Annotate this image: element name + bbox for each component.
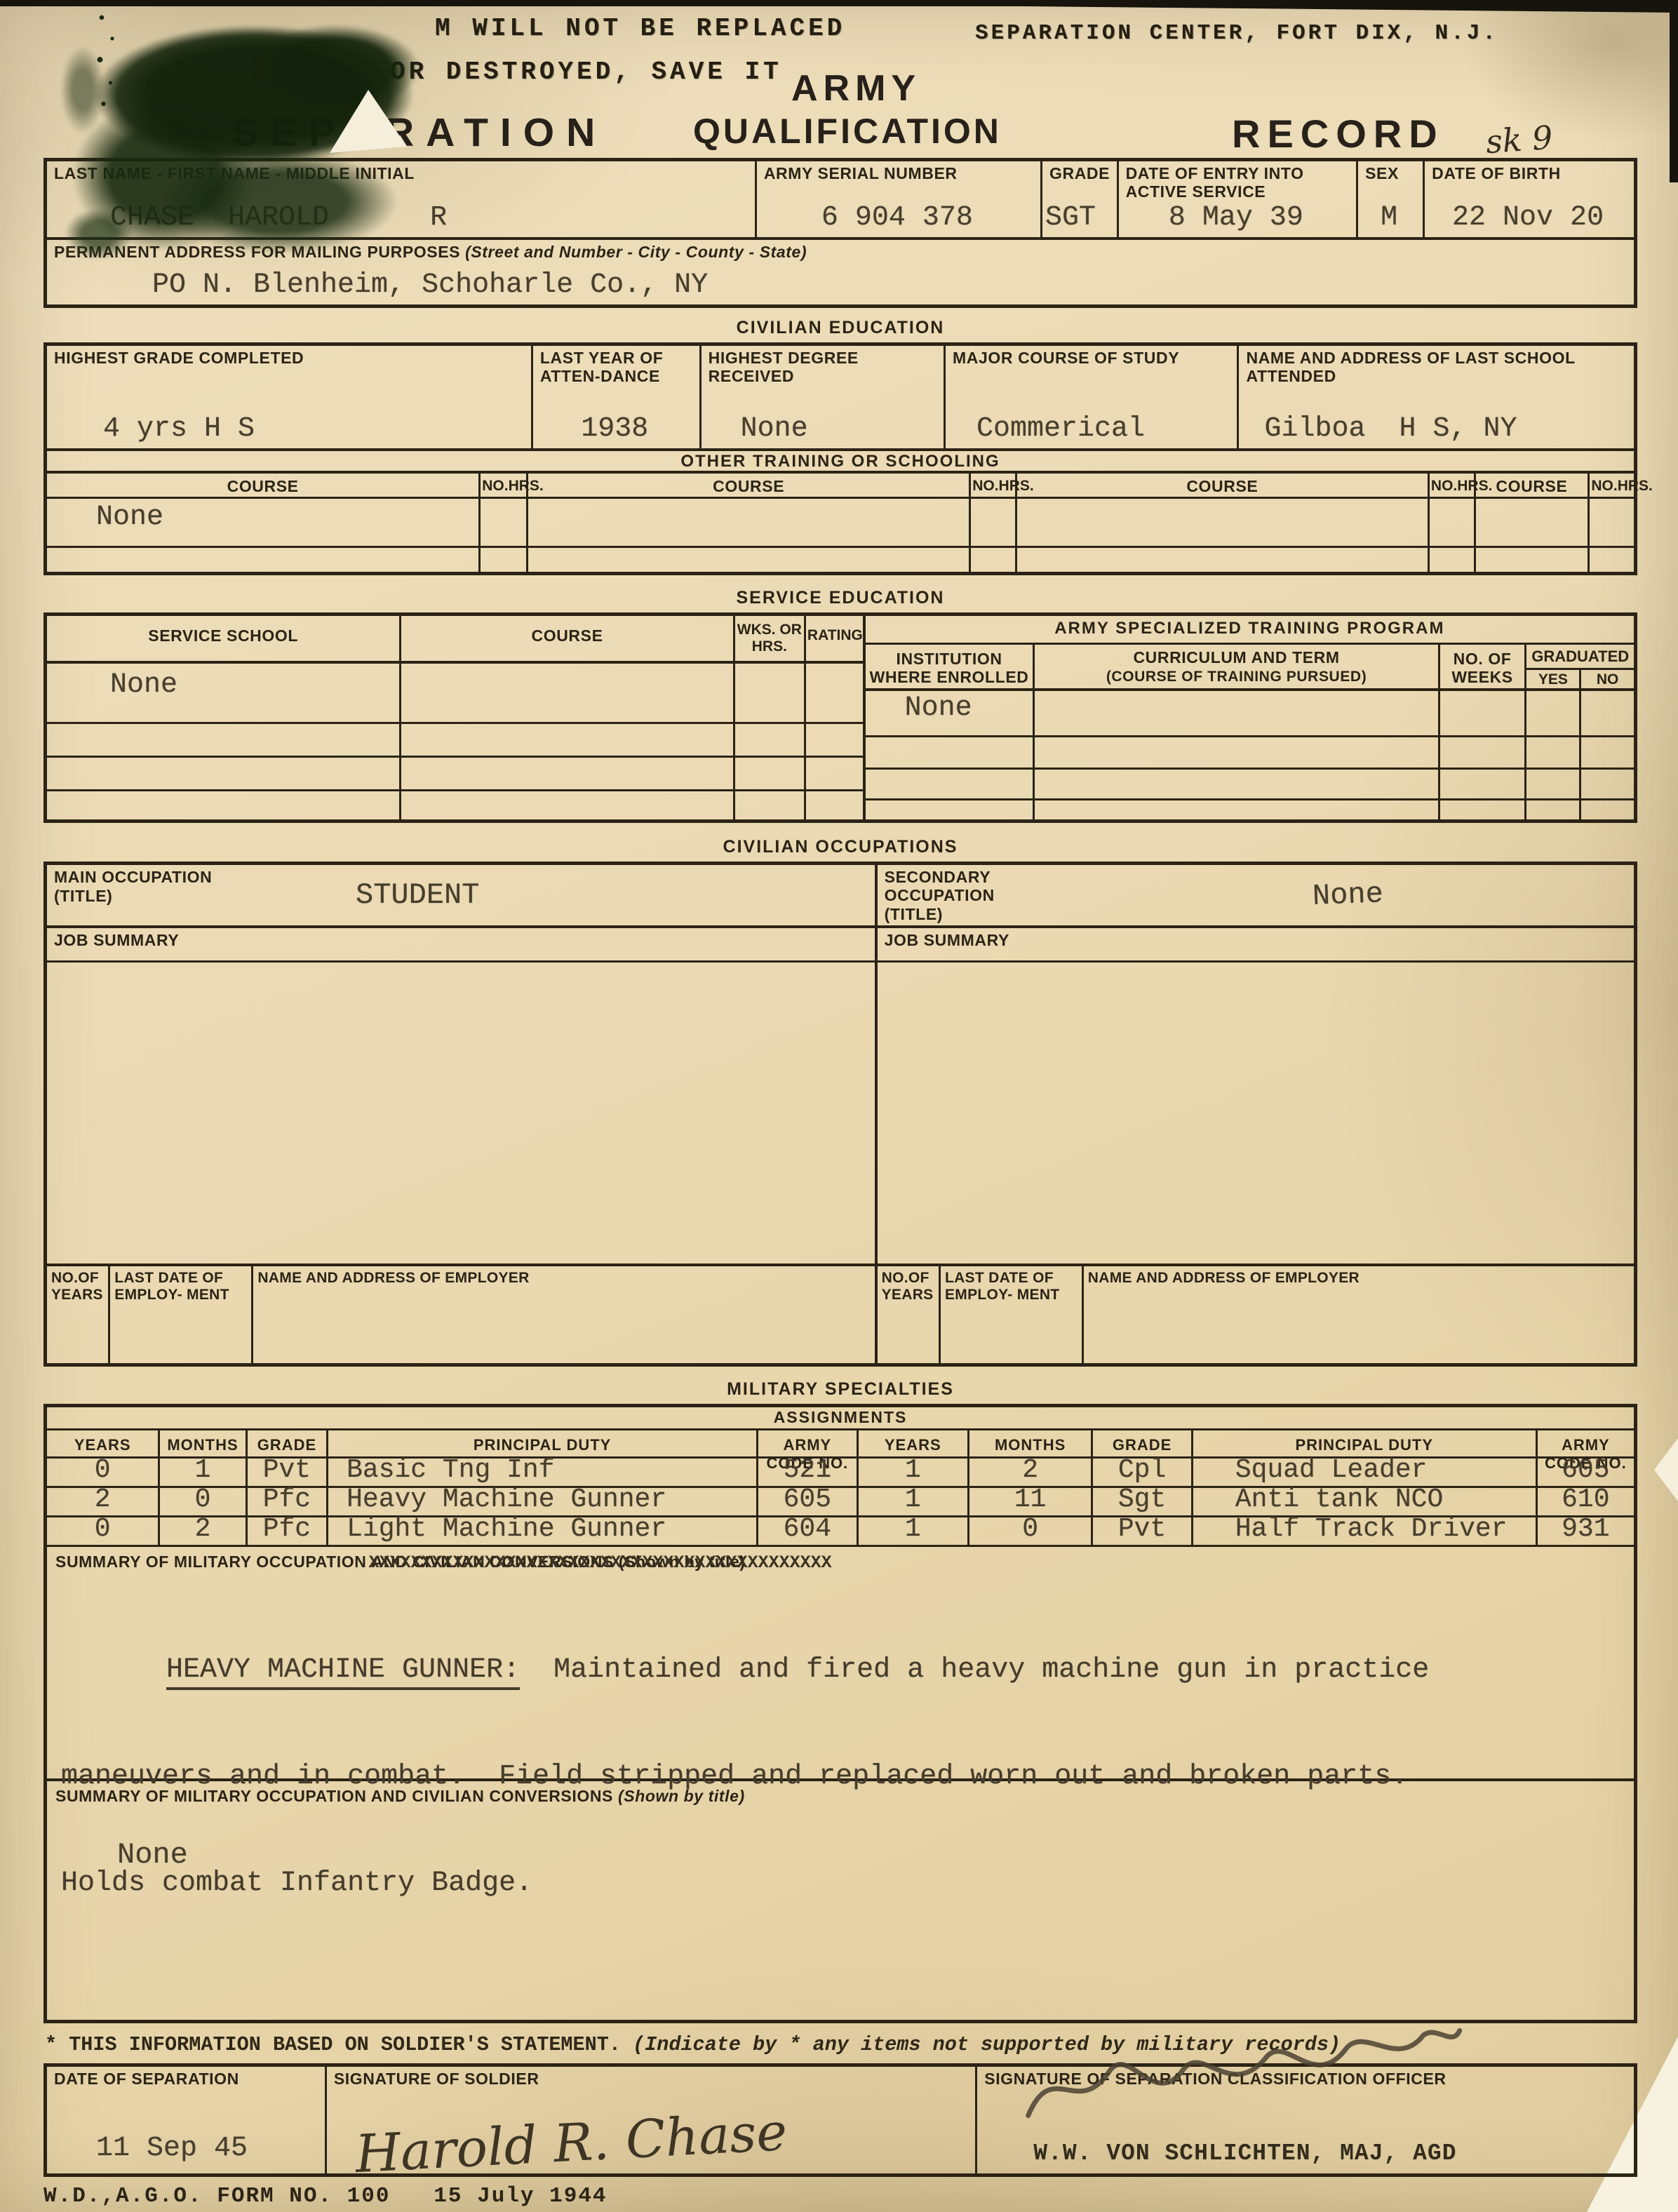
job-summary-row: JOB SUMMARY bbox=[878, 928, 1634, 963]
field-officer-signature: SIGNATURE OF SEPARATION CLASSIFICATION O… bbox=[975, 2067, 1634, 2173]
institution-cell: None bbox=[866, 691, 1033, 735]
last-year-label: LAST YEAR OF ATTEN-DANCE bbox=[533, 346, 699, 386]
years-cell: 1 bbox=[857, 1517, 967, 1545]
military-summary-section: SUMMARY OF MILITARY OCCUPATION AND CIVIL… bbox=[47, 1547, 1634, 1781]
employment-date-cell: LAST DATE OF EMPLOY- MENT bbox=[939, 1266, 1082, 1363]
job-summary-row: JOB SUMMARY bbox=[47, 928, 875, 963]
months-cell: 2 bbox=[158, 1517, 245, 1545]
years-cell: 1 bbox=[857, 1488, 967, 1515]
grade-cell: Pvt bbox=[246, 1459, 326, 1486]
service-school-col: SERVICE SCHOOL bbox=[47, 616, 399, 661]
code-cell: 605 bbox=[1536, 1459, 1634, 1486]
course-cell bbox=[1474, 499, 1588, 546]
field-serial-number: ARMY SERIAL NUMBER 6 904 378 bbox=[755, 161, 1040, 237]
grade-header: GRADE bbox=[1091, 1430, 1191, 1456]
address-label-paren: (Street and Number - City - County - Sta… bbox=[465, 243, 807, 261]
field-address: PERMANENT ADDRESS FOR MAILING PURPOSES (… bbox=[47, 240, 1634, 304]
months-header: MONTHS bbox=[158, 1430, 245, 1456]
highest-degree-label: HIGHEST DEGREE RECEIVED bbox=[702, 346, 944, 386]
secondary-occupation-half: SECONDARY OCCUPATION (TITLE) None JOB SU… bbox=[875, 865, 1634, 1363]
summary1-heading: HEAVY MACHINE GUNNER: bbox=[166, 1654, 520, 1690]
course-header-3: COURSE bbox=[1015, 474, 1428, 497]
graduated-col: GRADUATED YES NO bbox=[1524, 645, 1634, 688]
name-label: LAST NAME - FIRST NAME - MIDDLE INITIAL bbox=[47, 161, 755, 183]
hours-cell bbox=[1428, 548, 1474, 572]
stamp-separation-center: SEPARATION CENTER, FORT DIX, N.J. bbox=[975, 21, 1498, 46]
duty-cell: Squad Leader bbox=[1191, 1459, 1536, 1486]
employer-cell: NAME AND ADDRESS OF EMPLOYER bbox=[251, 1266, 874, 1363]
curriculum-header: CURRICULUM AND TERM bbox=[1035, 645, 1437, 667]
entry-label: DATE OF ENTRY INTO ACTIVE SERVICE bbox=[1119, 161, 1357, 201]
institution-value: None bbox=[866, 691, 1033, 728]
birth-value: 22 Nov 20 bbox=[1425, 203, 1634, 237]
astp-title: ARMY SPECIALIZED TRAINING PROGRAM bbox=[866, 616, 1634, 645]
service-education-box: SERVICE SCHOOL COURSE WKS. OR HRS. RATIN… bbox=[43, 612, 1637, 823]
weeks-cell bbox=[1438, 737, 1525, 768]
course-cell bbox=[399, 664, 733, 722]
other-training-row-2 bbox=[47, 548, 1634, 572]
major-label: MAJOR COURSE OF STUDY bbox=[946, 346, 1237, 368]
service-school-header: SERVICE SCHOOL COURSE WKS. OR HRS. RATIN… bbox=[47, 616, 863, 664]
weeks-cell bbox=[733, 791, 804, 819]
summary1-paragraph: HEAVY MACHINE GUNNER: Maintained and fir… bbox=[47, 1571, 1634, 1973]
weeks-cell bbox=[1438, 691, 1525, 735]
graduated-cell bbox=[1524, 691, 1634, 735]
form-number-footer: W.D.,A.G.O. FORM NO. 100 15 July 1944 bbox=[43, 2184, 1637, 2208]
highest-grade-label: HIGHEST GRADE COMPLETED bbox=[47, 346, 531, 368]
graduated-yes-no: YES NO bbox=[1526, 668, 1634, 688]
months-cell: 11 bbox=[967, 1488, 1091, 1515]
officer-typed-name: W.W. VON SCHLICHTEN, MAJ, AGD bbox=[977, 2140, 1634, 2173]
civilian-occupations-box: MAIN OCCUPATION (TITLE) STUDENT JOB SUMM… bbox=[43, 862, 1637, 1367]
course-col: COURSE bbox=[399, 616, 733, 661]
course-header-2: COURSE bbox=[526, 474, 969, 497]
field-last-year: LAST YEAR OF ATTEN-DANCE 1938 bbox=[531, 346, 699, 448]
grade-label: GRADE bbox=[1042, 161, 1117, 183]
secondary-occupation-value: None bbox=[1312, 877, 1383, 913]
weeks-cell bbox=[733, 664, 804, 722]
service-row-3 bbox=[47, 758, 863, 791]
assignment-row-3: 0 2 Pfc Light Machine Gunner 604 1 0 Pvt… bbox=[47, 1517, 1634, 1547]
school-value: Gilboa H S, NY bbox=[1239, 415, 1634, 448]
job-summary-space bbox=[878, 963, 1634, 1263]
typed-x-strikeout: XXXXXXXXXXXXXXXXXXXXXXXXXXXXXXXXXXXXXXXX… bbox=[368, 1553, 831, 1573]
service-school-cell: None bbox=[47, 664, 399, 722]
identity-box: LAST NAME - FIRST NAME - MIDDLE INITIAL … bbox=[43, 158, 1637, 308]
employer-cell: NAME AND ADDRESS OF EMPLOYER bbox=[1082, 1266, 1634, 1363]
title-separation: SEPARATION bbox=[231, 109, 607, 156]
other-training-row-1: None bbox=[47, 499, 1634, 548]
field-highest-degree: HIGHEST DEGREE RECEIVED None bbox=[699, 346, 944, 448]
struck-label: AND CIVILIAN CONVERSIONS (Shown by title… bbox=[371, 1553, 745, 1571]
field-major-course: MAJOR COURSE OF STUDY Commerical bbox=[944, 346, 1237, 448]
handwritten-mark: sk 9 bbox=[1484, 119, 1554, 161]
title-qualification: QUALIFICATION bbox=[693, 111, 1002, 152]
sex-value: M bbox=[1358, 203, 1423, 237]
astp-header: INSTITUTION WHERE ENROLLED CURRICULUM AN… bbox=[866, 645, 1634, 691]
astp-row-2 bbox=[866, 737, 1634, 770]
grade-cell: Pfc bbox=[246, 1517, 326, 1545]
scan-edge-top-right bbox=[961, 0, 1678, 13]
soldier-signature: Harold R. Chase bbox=[325, 2089, 976, 2190]
service-row-2 bbox=[47, 724, 863, 758]
rating-cell bbox=[804, 791, 863, 819]
code-cell: 521 bbox=[756, 1459, 857, 1486]
course-header-4: COURSE bbox=[1474, 474, 1588, 497]
curriculum-col: CURRICULUM AND TERM (COURSE OF TRAINING … bbox=[1033, 645, 1437, 688]
astp-row-3 bbox=[866, 770, 1634, 800]
no-header: NO bbox=[1579, 670, 1634, 688]
course-cell: None bbox=[47, 499, 478, 546]
institution-cell bbox=[866, 770, 1033, 798]
code-cell: 931 bbox=[1536, 1517, 1634, 1545]
field-birth-date: DATE OF BIRTH 22 Nov 20 bbox=[1423, 161, 1634, 237]
course-header-1: COURSE bbox=[47, 474, 478, 497]
hours-cell bbox=[1588, 499, 1634, 546]
duty-cell: Anti tank NCO bbox=[1191, 1488, 1536, 1515]
duty-cell: Basic Tng Inf bbox=[326, 1459, 756, 1486]
duty-cell: Heavy Machine Gunner bbox=[326, 1488, 756, 1515]
service-row-1: None bbox=[47, 664, 863, 724]
address-value: PO N. Blenheim, Schoharle Co., NY bbox=[47, 271, 1634, 304]
years-cell: 1 bbox=[857, 1459, 967, 1486]
field-separation-date: DATE OF SEPARATION 11 Sep 45 bbox=[47, 2067, 325, 2173]
years-cell: NO.OF YEARS bbox=[47, 1266, 108, 1363]
main-occupation-label-block: MAIN OCCUPATION (TITLE) bbox=[47, 865, 236, 925]
job-summary-space bbox=[47, 963, 875, 1263]
summary1-label: SUMMARY OF MILITARY OCCUPATION AND CIVIL… bbox=[47, 1547, 1634, 1571]
hours-header-2: NO.HRS. bbox=[969, 474, 1015, 497]
course-cell bbox=[526, 499, 969, 546]
military-specialties-box: ASSIGNMENTS YEARS MONTHS GRADE PRINCIPAL… bbox=[43, 1404, 1637, 2023]
curriculum-cell bbox=[1033, 691, 1437, 735]
form-body: LAST NAME - FIRST NAME - MIDDLE INITIAL … bbox=[43, 158, 1637, 2208]
code-header: ARMY CODE NO. bbox=[1536, 1430, 1634, 1456]
civilian-education-box: HIGHEST GRADE COMPLETED 4 yrs H S LAST Y… bbox=[43, 342, 1637, 575]
months-header: MONTHS bbox=[967, 1430, 1091, 1456]
course-cell bbox=[1015, 499, 1428, 546]
title-record: RECORD bbox=[1232, 111, 1444, 156]
serial-value: 6 904 378 bbox=[757, 203, 1040, 237]
employer-row: NO.OF YEARS LAST DATE OF EMPLOY- MENT NA… bbox=[878, 1263, 1634, 1363]
employment-date-cell: LAST DATE OF EMPLOY- MENT bbox=[108, 1266, 251, 1363]
duty-header: PRINCIPAL DUTY bbox=[326, 1430, 756, 1456]
weeks-cell bbox=[733, 758, 804, 789]
major-value: Commerical bbox=[946, 415, 1237, 448]
grade-cell: Sgt bbox=[1091, 1488, 1191, 1515]
hours-header-4: NO.HRS. bbox=[1588, 474, 1634, 497]
education-row: HIGHEST GRADE COMPLETED 4 yrs H S LAST Y… bbox=[47, 346, 1634, 451]
hours-cell bbox=[478, 548, 526, 572]
form-revision-date: 15 July 1944 bbox=[434, 2184, 607, 2208]
summary1-line2: maneuvers and in combat. Field stripped … bbox=[61, 1759, 1620, 1795]
field-name: LAST NAME - FIRST NAME - MIDDLE INITIAL … bbox=[47, 161, 755, 237]
graduated-cell bbox=[1524, 800, 1634, 819]
weeks-cell bbox=[733, 724, 804, 756]
secondary-occupation-label-block: SECONDARY OCCUPATION (TITLE) bbox=[878, 865, 1109, 925]
service-school-table: SERVICE SCHOOL COURSE WKS. OR HRS. RATIN… bbox=[47, 616, 863, 819]
field-soldier-signature: SIGNATURE OF SOLDIER Harold R. Chase bbox=[325, 2067, 975, 2173]
scan-edge-right bbox=[1670, 0, 1678, 182]
grade-cell: Pfc bbox=[246, 1488, 326, 1515]
months-cell: 1 bbox=[158, 1459, 245, 1486]
months-cell: 0 bbox=[158, 1488, 245, 1515]
grade-cell: Cpl bbox=[1091, 1459, 1191, 1486]
months-cell: 0 bbox=[967, 1517, 1091, 1545]
course-cell bbox=[1015, 548, 1428, 572]
course-cell bbox=[399, 724, 733, 756]
curriculum-cell bbox=[1033, 770, 1437, 798]
section-civilian-occupations: CIVILIAN OCCUPATIONS bbox=[43, 837, 1637, 857]
grade-value: SGT bbox=[1042, 203, 1117, 237]
stamp-not-replaced-line1: M WILL NOT BE REPLACED bbox=[435, 14, 845, 43]
address-row: PERMANENT ADDRESS FOR MAILING PURPOSES (… bbox=[47, 240, 1634, 304]
school-label: NAME AND ADDRESS OF LAST SCHOOL ATTENDED bbox=[1239, 346, 1634, 386]
code-cell: 605 bbox=[756, 1488, 857, 1515]
curriculum-subheader: (COURSE OF TRAINING PURSUED) bbox=[1035, 667, 1437, 685]
yes-header: YES bbox=[1526, 670, 1579, 688]
graduated-cell bbox=[1524, 770, 1634, 798]
course-value: None bbox=[47, 499, 478, 537]
assignments-header: YEARS MONTHS GRADE PRINCIPAL DUTY ARMY C… bbox=[47, 1430, 1634, 1459]
field-entry-date: DATE OF ENTRY INTO ACTIVE SERVICE 8 May … bbox=[1117, 161, 1357, 237]
weeks-hours-col: WKS. OR HRS. bbox=[733, 616, 804, 661]
main-occupation-title-paren: (TITLE) bbox=[47, 887, 236, 906]
hours-cell bbox=[1588, 548, 1634, 572]
code-cell: 610 bbox=[1536, 1488, 1634, 1515]
astp-row-1: None bbox=[866, 691, 1634, 737]
sex-label: SEX bbox=[1358, 161, 1423, 183]
grade-cell: Pvt bbox=[1091, 1517, 1191, 1545]
serial-label: ARMY SERIAL NUMBER bbox=[757, 161, 1040, 183]
service-school-cell bbox=[47, 724, 399, 756]
service-school-cell bbox=[47, 791, 399, 819]
main-occupation-title-row: MAIN OCCUPATION (TITLE) STUDENT bbox=[47, 865, 875, 928]
weeks-cell bbox=[1438, 800, 1525, 819]
course-cell bbox=[1474, 548, 1588, 572]
highest-grade-value: 4 yrs H S bbox=[47, 415, 531, 448]
years-header: YEARS bbox=[47, 1430, 158, 1456]
employer-row: NO.OF YEARS LAST DATE OF EMPLOY- MENT NA… bbox=[47, 1263, 875, 1363]
graduated-cell bbox=[1524, 737, 1634, 768]
name-value: CHASE HAROLD R bbox=[47, 203, 755, 237]
paper-tear-right-edge bbox=[1654, 1438, 1678, 1501]
scanned-form-page: M WILL NOT BE REPLACED OR DESTROYED, SAV… bbox=[0, 0, 1678, 2212]
section-military-specialties: MILITARY SPECIALTIES bbox=[43, 1379, 1637, 1400]
curriculum-cell bbox=[1033, 737, 1437, 768]
other-training-header: COURSE NO.HRS. COURSE NO.HRS. COURSE NO.… bbox=[47, 474, 1634, 499]
grade-header: GRADE bbox=[246, 1430, 326, 1456]
hours-header-1: NO.HRS. bbox=[478, 474, 526, 497]
course-cell bbox=[526, 548, 969, 572]
duty-header: PRINCIPAL DUTY bbox=[1191, 1430, 1536, 1456]
section-service-education: SERVICE EDUCATION bbox=[43, 588, 1637, 608]
hours-cell bbox=[969, 548, 1015, 572]
secondary-occupation-title-row: SECONDARY OCCUPATION (TITLE) None bbox=[878, 865, 1634, 928]
months-cell: 2 bbox=[967, 1459, 1091, 1486]
rating-cell bbox=[804, 758, 863, 789]
soldier-signature-label: SIGNATURE OF SOLDIER bbox=[327, 2067, 975, 2089]
assignment-row-2: 2 0 Pfc Heavy Machine Gunner 605 1 11 Sg… bbox=[47, 1488, 1634, 1517]
main-occupation-half: MAIN OCCUPATION (TITLE) STUDENT JOB SUMM… bbox=[47, 865, 875, 1363]
entry-value: 8 May 39 bbox=[1119, 203, 1357, 237]
field-highest-grade: HIGHEST GRADE COMPLETED 4 yrs H S bbox=[47, 346, 531, 448]
years-cell: 0 bbox=[47, 1517, 158, 1545]
address-label: PERMANENT ADDRESS FOR MAILING PURPOSES (… bbox=[47, 240, 1634, 262]
years-cell: 2 bbox=[47, 1488, 158, 1515]
weeks-col: NO. OF WEEKS bbox=[1438, 645, 1525, 688]
service-school-cell bbox=[47, 758, 399, 789]
job-summary-label: JOB SUMMARY bbox=[878, 928, 1634, 950]
highest-degree-value: None bbox=[702, 415, 944, 448]
hours-cell bbox=[478, 499, 526, 546]
service-school-value: None bbox=[47, 664, 399, 704]
institution-cell bbox=[866, 737, 1033, 768]
field-last-school: NAME AND ADDRESS OF LAST SCHOOL ATTENDED… bbox=[1237, 346, 1634, 448]
ink-splatter-dots bbox=[91, 7, 126, 112]
rating-cell bbox=[804, 724, 863, 756]
main-occupation-value: STUDENT bbox=[356, 878, 479, 912]
job-summary-label: JOB SUMMARY bbox=[47, 928, 875, 950]
hours-header-3: NO.HRS. bbox=[1428, 474, 1474, 497]
rating-cell bbox=[804, 664, 863, 722]
astp-table: ARMY SPECIALIZED TRAINING PROGRAM INSTIT… bbox=[863, 616, 1634, 819]
course-cell bbox=[399, 791, 733, 819]
code-cell: 604 bbox=[756, 1517, 857, 1545]
section-civilian-education: CIVILIAN EDUCATION bbox=[43, 318, 1637, 338]
birth-label: DATE OF BIRTH bbox=[1425, 161, 1634, 183]
last-year-value: 1938 bbox=[533, 415, 699, 448]
separation-date-label: DATE OF SEPARATION bbox=[47, 2067, 325, 2089]
hours-cell bbox=[1428, 499, 1474, 546]
secondary-occupation-label: SECONDARY OCCUPATION bbox=[878, 865, 1109, 905]
code-header: ARMY CODE NO. bbox=[756, 1430, 857, 1456]
service-row-4 bbox=[47, 791, 863, 819]
signature-block: DATE OF SEPARATION 11 Sep 45 SIGNATURE O… bbox=[43, 2063, 1637, 2177]
summary1-line3: Holds combat Infantry Badge. bbox=[61, 1866, 1620, 1902]
astp-row-4 bbox=[866, 800, 1634, 819]
duty-cell: Light Machine Gunner bbox=[326, 1517, 756, 1545]
secondary-occupation-title-paren: (TITLE) bbox=[878, 905, 1109, 924]
course-cell bbox=[399, 758, 733, 789]
years-cell: NO.OF YEARS bbox=[878, 1266, 939, 1363]
main-occupation-label: MAIN OCCUPATION bbox=[47, 865, 236, 887]
institution-cell bbox=[866, 800, 1033, 819]
graduated-header: GRADUATED bbox=[1526, 645, 1634, 666]
assignments-title: ASSIGNMENTS bbox=[47, 1407, 1634, 1430]
assignment-row-1: 0 1 Pvt Basic Tng Inf 521 1 2 Cpl Squad … bbox=[47, 1459, 1634, 1488]
course-cell bbox=[47, 548, 478, 572]
duty-cell: Half Track Driver bbox=[1191, 1517, 1536, 1545]
stamp-not-replaced-line2: OR DESTROYED, SAVE IT bbox=[390, 58, 782, 86]
title-army: ARMY bbox=[791, 67, 921, 109]
rating-col: RATING bbox=[804, 616, 863, 661]
section-other-training: OTHER TRAINING OR SCHOOLING bbox=[47, 451, 1634, 474]
curriculum-cell bbox=[1033, 800, 1437, 819]
weeks-cell bbox=[1438, 770, 1525, 798]
institution-col: INSTITUTION WHERE ENROLLED bbox=[866, 645, 1033, 688]
summary1-line1: HEAVY MACHINE GUNNER: Maintained and fir… bbox=[61, 1653, 1620, 1689]
field-sex: SEX M bbox=[1356, 161, 1423, 237]
identity-row: LAST NAME - FIRST NAME - MIDDLE INITIAL … bbox=[47, 161, 1634, 240]
years-cell: 0 bbox=[47, 1459, 158, 1486]
hours-cell bbox=[969, 499, 1015, 546]
years-header: YEARS bbox=[857, 1430, 967, 1456]
field-grade: GRADE SGT bbox=[1040, 161, 1117, 237]
separation-date-value: 11 Sep 45 bbox=[47, 2134, 325, 2173]
